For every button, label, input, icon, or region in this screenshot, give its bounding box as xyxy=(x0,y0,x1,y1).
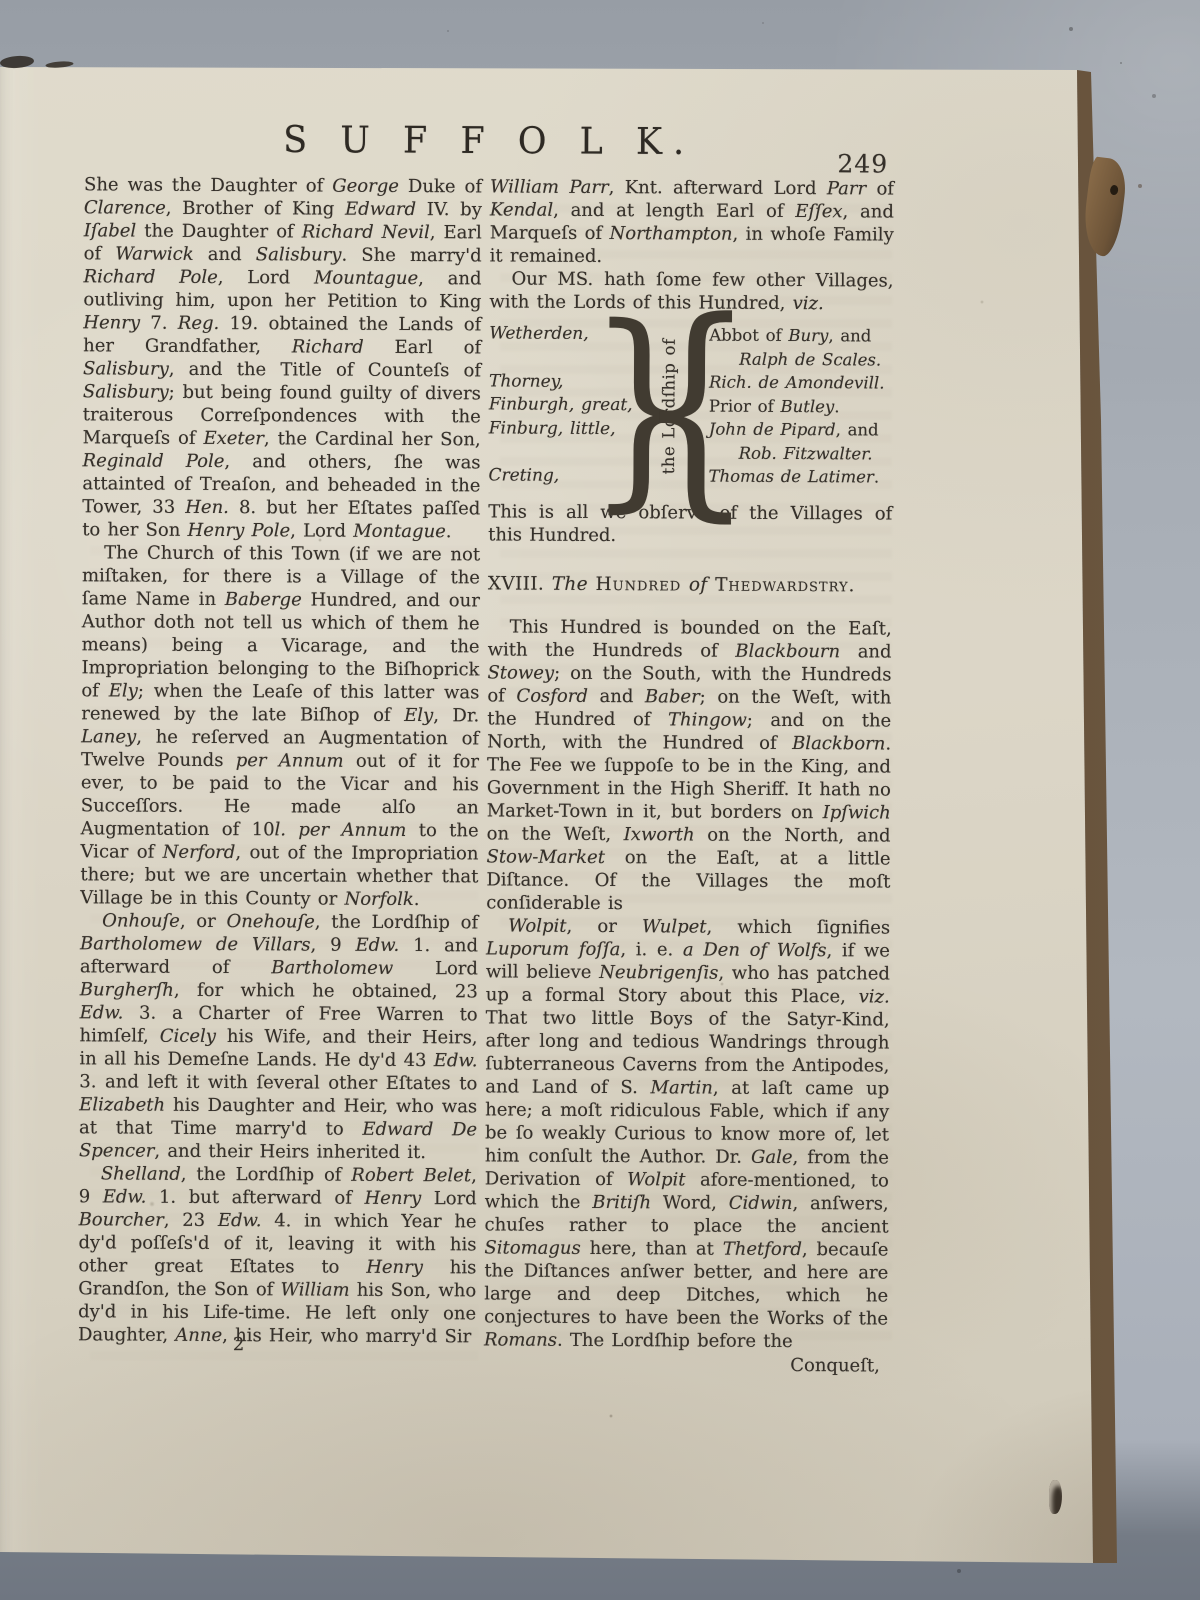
page-content: S U F F O L K. 249 She was the Daughter … xyxy=(0,0,1200,1600)
paragraph: The Church of this Town (if we are not m… xyxy=(80,541,480,911)
section-heading: XVIII. The Hundred of Thedwardstry. xyxy=(488,572,892,597)
right-column-bottom-paragraphs: This Hundred is bounded on the Eaſt, wit… xyxy=(484,615,892,1353)
opening-brace-glyph: { xyxy=(636,323,755,490)
lordship-brace-table: Wetherden,Thorney,Finburgh, great,Finbur… xyxy=(488,322,893,490)
catchword: Conqueſt, xyxy=(484,1352,888,1377)
running-title: S U F F O L K. xyxy=(84,118,894,164)
paragraph: Onhouſe, or Onehouſe, the Lordſhip of Ba… xyxy=(79,909,478,1164)
signature-mark: 2 xyxy=(233,1334,245,1355)
paragraph: Shelland, the Lordſhip of Robert Belet, … xyxy=(78,1162,477,1348)
paragraph: This Hundred is bounded on the Eaſt, wit… xyxy=(486,615,892,916)
photo-background: S U F F O L K. 249 She was the Daughter … xyxy=(0,0,1200,1600)
paragraph: She was the Daughter of George Duke of C… xyxy=(82,173,482,543)
opening-brace: { xyxy=(682,323,709,489)
paragraph: Wolpit, or Wulpet, which ſignifies Lupor… xyxy=(484,914,890,1353)
page-number: 249 xyxy=(837,149,888,178)
right-text-column: William Parr, Knt. afterward Lord Parr o… xyxy=(484,175,894,1377)
paragraph: William Parr, Knt. afterward Lord Parr o… xyxy=(490,175,894,269)
left-text-column: She was the Daughter of George Duke of C… xyxy=(78,173,482,1348)
